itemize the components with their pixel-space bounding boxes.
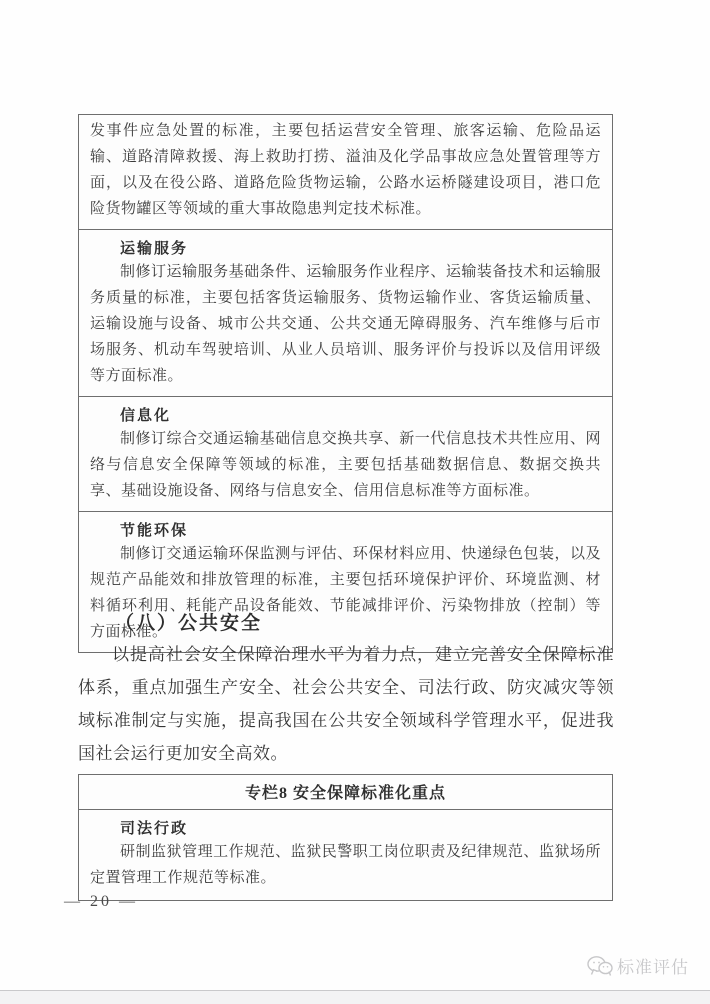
row-text: 研制监狱管理工作规范、监狱民警职工岗位职责及纪律规范、监狱场所定置管理工作规范等… <box>90 839 601 891</box>
row-heading: 运输服务 <box>120 237 601 258</box>
row-heading: 信息化 <box>120 404 601 425</box>
table-row-transport-service: 运输服务 制修订运输服务基础条件、运输服务作业程序、运输装备技术和运输服务质量的… <box>79 229 612 396</box>
row-text: 制修订综合交通运输基础信息交换共享、新一代信息技术共性应用、网络与信息安全保障等… <box>90 426 601 504</box>
scan-edge-strip <box>0 990 710 1004</box>
column8-title: 专栏8 安全保障标准化重点 <box>79 775 612 810</box>
section-paragraph: 以提高社会安全保障治理水平为着力点，建立完善安全保障标准体系，重点加强生产安全、… <box>78 638 614 770</box>
watermark-text: 标准评估 <box>617 953 689 978</box>
section-heading-public-safety: （八）公共安全 <box>115 608 262 635</box>
column8-box: 专栏8 安全保障标准化重点 司法行政 研制监狱管理工作规范、监狱民警职工岗位职责… <box>78 774 613 901</box>
watermark: 标准评估 <box>586 953 689 978</box>
row-heading: 司法行政 <box>120 817 601 838</box>
page-number: — 20 — <box>64 893 138 911</box>
table-row-judicial-admin: 司法行政 研制监狱管理工作规范、监狱民警职工岗位职责及纪律规范、监狱场所定置管理… <box>79 810 612 900</box>
row-text: 制修订运输服务基础条件、运输服务作业程序、运输装备技术和运输服务质量的标准，主要… <box>90 259 601 389</box>
row-text: 发事件应急处置的标准，主要包括运营安全管理、旅客运输、危险品运输、道路清障救援、… <box>90 118 601 222</box>
wechat-icon <box>586 954 614 978</box>
transport-standards-table: 发事件应急处置的标准，主要包括运营安全管理、旅客运输、危险品运输、道路清障救援、… <box>78 114 613 653</box>
table-row-informatization: 信息化 制修订综合交通运输基础信息交换共享、新一代信息技术共性应用、网络与信息安… <box>79 396 612 511</box>
document-page: 发事件应急处置的标准，主要包括运营安全管理、旅客运输、危险品运输、道路清障救援、… <box>0 0 710 1004</box>
row-heading: 节能环保 <box>120 519 601 540</box>
table-row-emergency-continuation: 发事件应急处置的标准，主要包括运营安全管理、旅客运输、危险品运输、道路清障救援、… <box>79 115 612 229</box>
